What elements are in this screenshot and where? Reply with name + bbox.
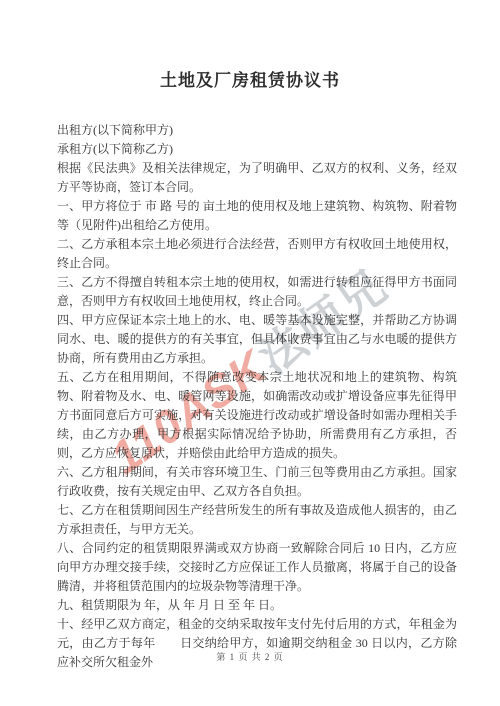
contract-paragraph: 七、乙方在租赁期间因生产经营所发生的所有事故及造成他人损害的，由乙方承担责任，与… [57,501,457,539]
contract-paragraph: 承租方(以下简称乙方) [57,140,457,159]
contract-paragraph: 四、甲方应保证本宗土地上的水、电、暖等基本设施完整，并帮助乙方协调同水、电、暖的… [57,311,457,368]
contract-paragraph: 八、合同约定的租赁期限界满或双方协商一致解除合同后 10 日内，乙方应向甲方办理… [57,539,457,596]
contract-paragraph: 六、乙方租用期间，有关市容环境卫生、门前三包等费用由乙方承担。国家行政收费，按有… [57,463,457,501]
document-body: 出租方(以下简称甲方)承租方(以下简称乙方)根据《民法典》及相关法律规定，为了明… [57,121,457,672]
contract-paragraph: 一、甲方将位于 市 路 号的 亩土地的使用权及地上建筑物、构筑物、附着物等（见附… [57,197,457,235]
document-title: 土地及厂房租赁协议书 [0,66,500,91]
contract-paragraph: 十、经甲乙双方商定，租金的交纳采取按年支付先付后用的方式，年租金为 元，由乙方于… [57,615,457,672]
contract-paragraph: 三、乙方不得擅自转租本宗土地的使用权，如需进行转租应征得甲方书面同意，否则甲方有… [57,273,457,311]
contract-paragraph: 九、租赁期限为 年，从 年 月 日 至 年 日。 [57,596,457,615]
contract-paragraph: 二、乙方承租本宗土地必须进行合法经营，否则甲方有权收回土地使用权，终止合同。 [57,235,457,273]
contract-page: 土地及厂房租赁协议书 110ASK 法师兄 出租方(以下简称甲方)承租方(以下简… [0,0,500,706]
contract-paragraph: 五、乙方在租用期间，不得随意改变本宗土地状况和地上的建筑物、构筑物、附着物及水、… [57,368,457,463]
contract-paragraph: 根据《民法典》及相关法律规定，为了明确甲、乙双方的权利、义务，经双方平等协商，签… [57,159,457,197]
page-number: 第 1 页 共 2 页 [0,650,500,663]
contract-paragraph: 出租方(以下简称甲方) [57,121,457,140]
